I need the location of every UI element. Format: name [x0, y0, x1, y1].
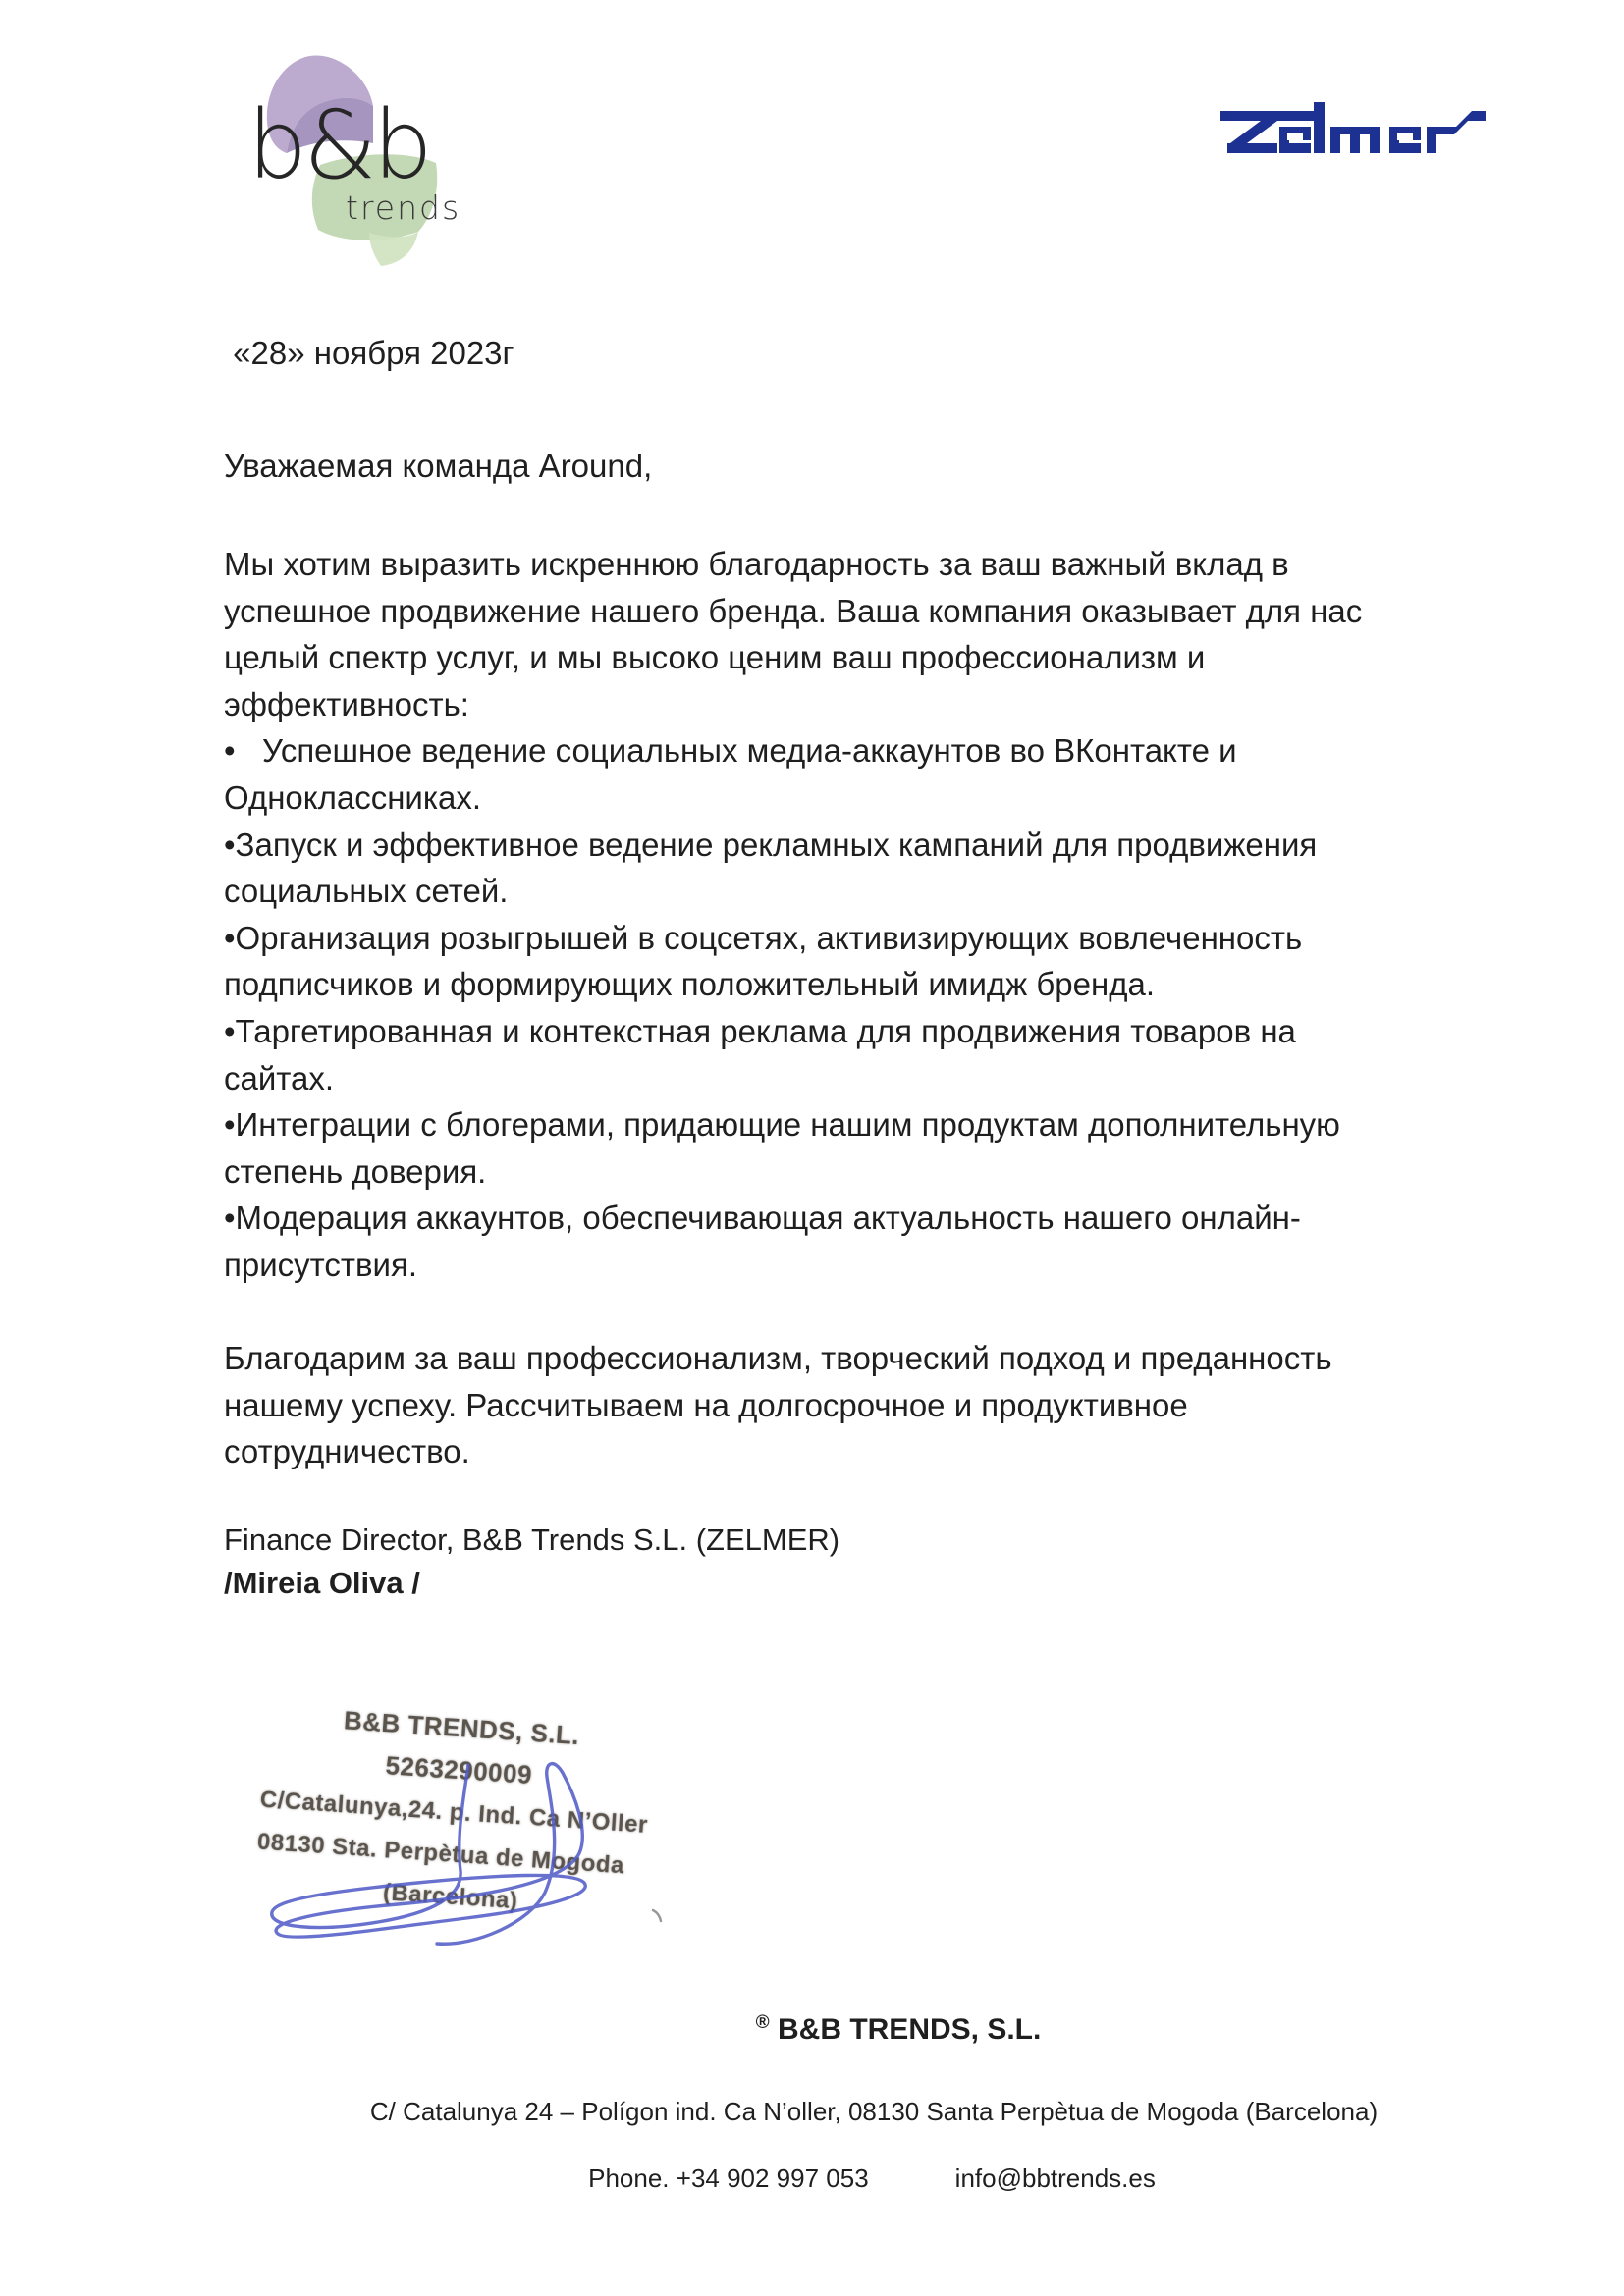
body-line: Мы хотим выразить искреннюю благодарност…	[224, 541, 1362, 588]
zelmer-logo	[1220, 102, 1486, 157]
bullet-line: степень доверия.	[224, 1148, 1362, 1196]
letter-date: «28» ноября 2023г	[224, 335, 514, 372]
bullet-line: социальных сетей.	[224, 868, 1362, 915]
letter-closing: Благодарим за ваш профессионализм, творч…	[224, 1335, 1332, 1475]
bullet-line: присутствия.	[224, 1242, 1362, 1289]
bullet-line: •Модерация аккаунтов, обеспечивающая акт…	[224, 1195, 1362, 1242]
signature-title: Finance Director, B&B Trends S.L. (ZELME…	[224, 1522, 839, 1558]
letter-greeting: Уважаемая команда Around,	[224, 448, 652, 485]
bullet-line: сайтах.	[224, 1055, 1362, 1102]
letter-page: b&b trends «28» ноября 2023г Уважаемая к…	[0, 0, 1624, 2296]
bullet-line: •Интеграции с блогерами, придающие нашим…	[224, 1101, 1362, 1148]
bullet-line: •Таргетированная и контекстная реклама д…	[224, 1008, 1362, 1055]
footer-contact: Phone. +34 902 997 053 info@bbtrends.es	[60, 2163, 1624, 2194]
footer-company-name: B&B TRENDS, S.L.	[770, 2013, 1042, 2046]
bullet-line: подписчиков и формирующих положительный …	[224, 961, 1362, 1008]
letter-body: Мы хотим выразить искреннюю благодарност…	[224, 541, 1362, 1289]
footer-company: ® B&B TRENDS, S.L.	[86, 2012, 1624, 2047]
bullet-line: • Успешное ведение социальных медиа-акка…	[224, 727, 1362, 774]
body-line: эффективность:	[224, 681, 1362, 728]
body-line: целый спектр услуг, и мы высоко ценим ва…	[224, 634, 1362, 681]
bb-trends-logo: b&b trends	[251, 51, 453, 267]
bb-logo-wordmark: b&b	[247, 90, 429, 200]
body-line: успешное продвижение нашего бренда. Ваша…	[224, 588, 1362, 635]
signature-name: /Mireia Oliva /	[224, 1566, 420, 1601]
bullet-line: •Организация розыгрышей в соцсетях, акти…	[224, 915, 1362, 962]
closing-line: Благодарим за ваш профессионализм, творч…	[224, 1335, 1332, 1382]
handwritten-signature	[250, 1726, 712, 1971]
footer-email: info@bbtrends.es	[955, 2163, 1156, 2194]
footer-address: C/ Catalunya 24 – Polígon ind. Ca N’olle…	[62, 2097, 1624, 2127]
closing-line: сотрудничество.	[224, 1428, 1332, 1475]
closing-line: нашему успеху. Рассчитываем на долгосроч…	[224, 1382, 1332, 1429]
footer-phone: Phone. +34 902 997 053	[588, 2163, 869, 2194]
registered-mark-icon: ®	[756, 2012, 770, 2033]
bullet-line: •Запуск и эффективное ведение рекламных …	[224, 822, 1362, 869]
bb-logo-trends-label: trends	[346, 188, 460, 227]
bullet-line: Одноклассниках.	[224, 774, 1362, 822]
